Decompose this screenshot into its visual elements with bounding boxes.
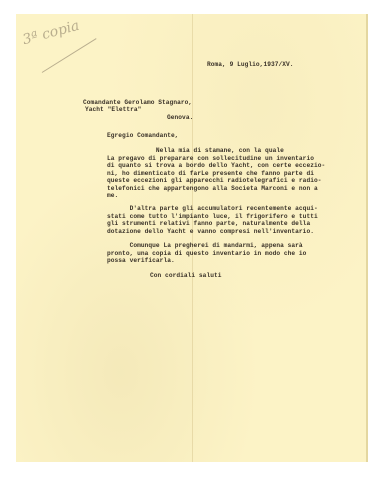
paragraph-1-line-7: me. — [107, 192, 118, 199]
salutation: Egregio Comandante, — [107, 132, 179, 139]
paragraph-3-line-2: pronto, una copia di questo inventario i… — [107, 250, 306, 257]
paragraph-3-line-1: Comunque La pregherei di mandarmi, appen… — [107, 242, 303, 249]
paragraph-1-line-2: La pregavo di preparare con sollecitudin… — [107, 155, 314, 162]
letter-paper — [16, 14, 368, 462]
paragraph-1-line-5: queste eccezioni gli apparecchi radiotel… — [107, 177, 322, 184]
paragraph-2-line-2: stati come tutto l'impianto luce, il fri… — [107, 213, 318, 220]
paragraph-1-line-4: ni, ho dimenticato di farLe presente che… — [107, 170, 314, 177]
paragraph-2-line-1: D'altra parte gli accumulatori recenteme… — [107, 205, 318, 212]
recipient-yacht: Yacht "Elettra" — [85, 106, 141, 113]
date-line: Roma, 9 Luglio,1937/XV. — [207, 61, 294, 68]
paragraph-1-line-1: Nella mia di stamane, con la quale — [107, 147, 284, 154]
recipient-city: Genova. — [167, 114, 193, 121]
paragraph-3-line-3: possa verificarla. — [107, 257, 175, 264]
paragraph-2-line-4: dotazione dello Yacht e vanno compresi n… — [107, 228, 314, 235]
paragraph-2-line-3: gli strumenti relativi fanno parte, natu… — [107, 220, 310, 227]
paper-fold-line — [192, 14, 193, 462]
closing: Con cordiali saluti — [150, 272, 222, 279]
paragraph-1-line-3: di quanto si trova a bordo dello Yacht, … — [107, 162, 325, 169]
paragraph-1-line-6: telefonici che appartengono alla Societa… — [107, 185, 318, 192]
